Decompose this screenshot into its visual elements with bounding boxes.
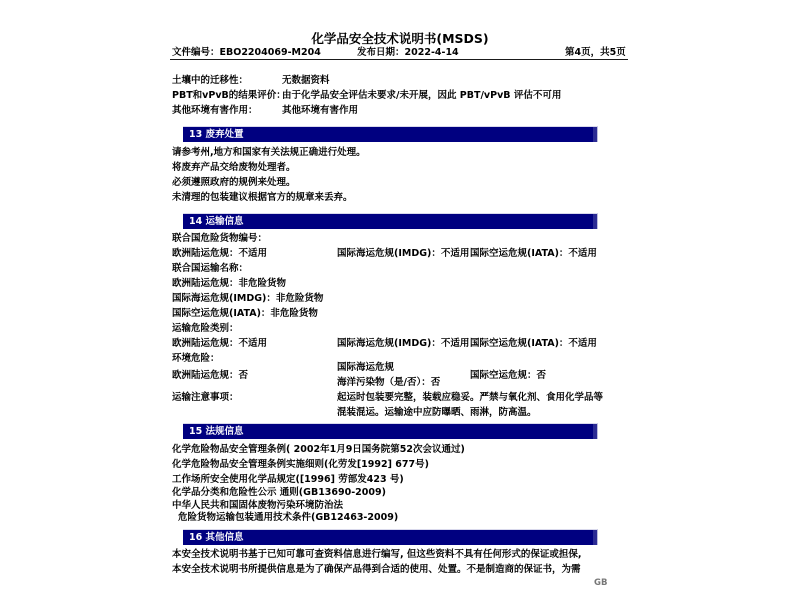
transport-precautions-label: 运输注意事项：	[172, 391, 239, 404]
shipping-name-adr: 欧洲陆运危规：非危险货物	[172, 277, 286, 290]
other-info-line: 本安全技术说明书基于已知可靠可查资料信息进行编写, 但这些资料不具有任何形式的保…	[172, 548, 582, 561]
page-number-info: 第4页，共5页	[565, 46, 626, 59]
shipping-name-imdg: 国际海运危规(IMDG)：非危险货物	[172, 292, 323, 305]
env-hazard-iata: 国际空运危规：否	[470, 369, 546, 382]
regulation-line: 化学危险物品安全管理条例实施细则(化劳发[1992] 677号)	[172, 458, 429, 471]
un-number-adr: 欧洲陆运危规：不适用	[172, 247, 267, 260]
un-number-label: 联合国危险货物编号：	[172, 232, 267, 245]
other-adverse-effects-label: 其他环境有害作用：	[172, 104, 258, 117]
un-shipping-name-label: 联合国运输名称：	[172, 262, 248, 275]
pbt-vpvb-value: 由于化学品安全评估未要求/未开展，因此 PBT/vPvB 评估不可用	[282, 89, 561, 102]
page-title: 化学品安全技术说明书(MSDS)	[170, 30, 630, 47]
header-divider	[170, 59, 628, 60]
shipping-name-iata: 国际空运危规(IATA)：非危险货物	[172, 307, 318, 320]
hazard-class-imdg: 国际海运危规(IMDG)：不适用	[337, 337, 469, 350]
section-16-header: 16 其他信息	[183, 529, 598, 545]
environmental-hazard-label: 环境危险：	[172, 352, 220, 365]
section-15-header: 15 法规信息	[183, 423, 598, 439]
regulation-line: 工作场所安全使用化学品规定([1996] 劳部发423 号)	[172, 473, 404, 486]
regulation-line: 化学危险物品安全管理条例( 2002年1月9日国务院第52次会议通过)	[172, 443, 465, 456]
doc-number: 文件编号：EBO2204069-M204	[172, 46, 321, 59]
pbt-vpvb-label: PBT和vPvB的结果评价：	[172, 89, 286, 102]
disposal-line: 将废弃产品交给废物处理者。	[172, 161, 296, 174]
section-13-header: 13 废弃处置	[183, 126, 598, 142]
issue-date-label: 发布日期：	[357, 46, 405, 59]
env-hazard-adr: 欧洲陆运危规：否	[172, 369, 248, 382]
transport-precautions-line: 混装混运。运输途中应防曝晒、雨淋，防高温。	[337, 406, 537, 419]
other-info-line: 本安全技术说明书所提供信息是为了确保产品得到合适的使用、处置。不是制造商的保证书…	[172, 563, 581, 576]
footer-gb-label: GB	[594, 577, 607, 590]
issue-date: 发布日期：2022-4-14	[357, 46, 459, 59]
disposal-line: 请参考州,地方和国家有关法规正确进行处理。	[172, 146, 366, 159]
transport-precautions-line: 起运时包装要完整，装载应稳妥。严禁与氧化剂、食用化学品等	[337, 391, 603, 404]
doc-number-label: 文件编号：	[172, 46, 220, 59]
regulation-line: 化学品分类和危险性公示 通则(GB13690-2009)	[172, 486, 386, 499]
disposal-line: 未清理的包装建议根据官方的规章来丢弃。	[172, 191, 353, 204]
hazard-class-iata: 国际空运危规(IATA)：不适用	[470, 337, 597, 350]
hazard-class-adr: 欧洲陆运危规：不适用	[172, 337, 267, 350]
section-14-header: 14 运输信息	[183, 213, 598, 229]
doc-number-value: EBO2204069-M204	[220, 47, 321, 58]
un-number-imdg: 国际海运危规(IMDG)：不适用	[337, 247, 469, 260]
transport-hazard-class-label: 运输危险类别：	[172, 322, 239, 335]
disposal-line: 必须遵照政府的规例来处理。	[172, 176, 296, 189]
soil-mobility-label: 土壤中的迁移性：	[172, 74, 248, 87]
soil-mobility-value: 无数据资料	[282, 74, 330, 87]
env-hazard-imdg-title: 国际海运危规	[337, 361, 394, 374]
un-number-iata: 国际空运危规(IATA)：不适用	[470, 247, 597, 260]
other-adverse-effects-value: 其他环境有害作用	[282, 104, 358, 117]
env-hazard-marine-pollutant: 海洋污染物（是/否）：否	[337, 376, 440, 389]
regulation-line: 危险货物运输包装通用技术条件(GB12463-2009)	[178, 511, 398, 524]
issue-date-value: 2022-4-14	[405, 47, 459, 58]
msds-document-page: 化学品安全技术说明书(MSDS) 文件编号：EBO2204069-M204 发布…	[170, 0, 630, 600]
